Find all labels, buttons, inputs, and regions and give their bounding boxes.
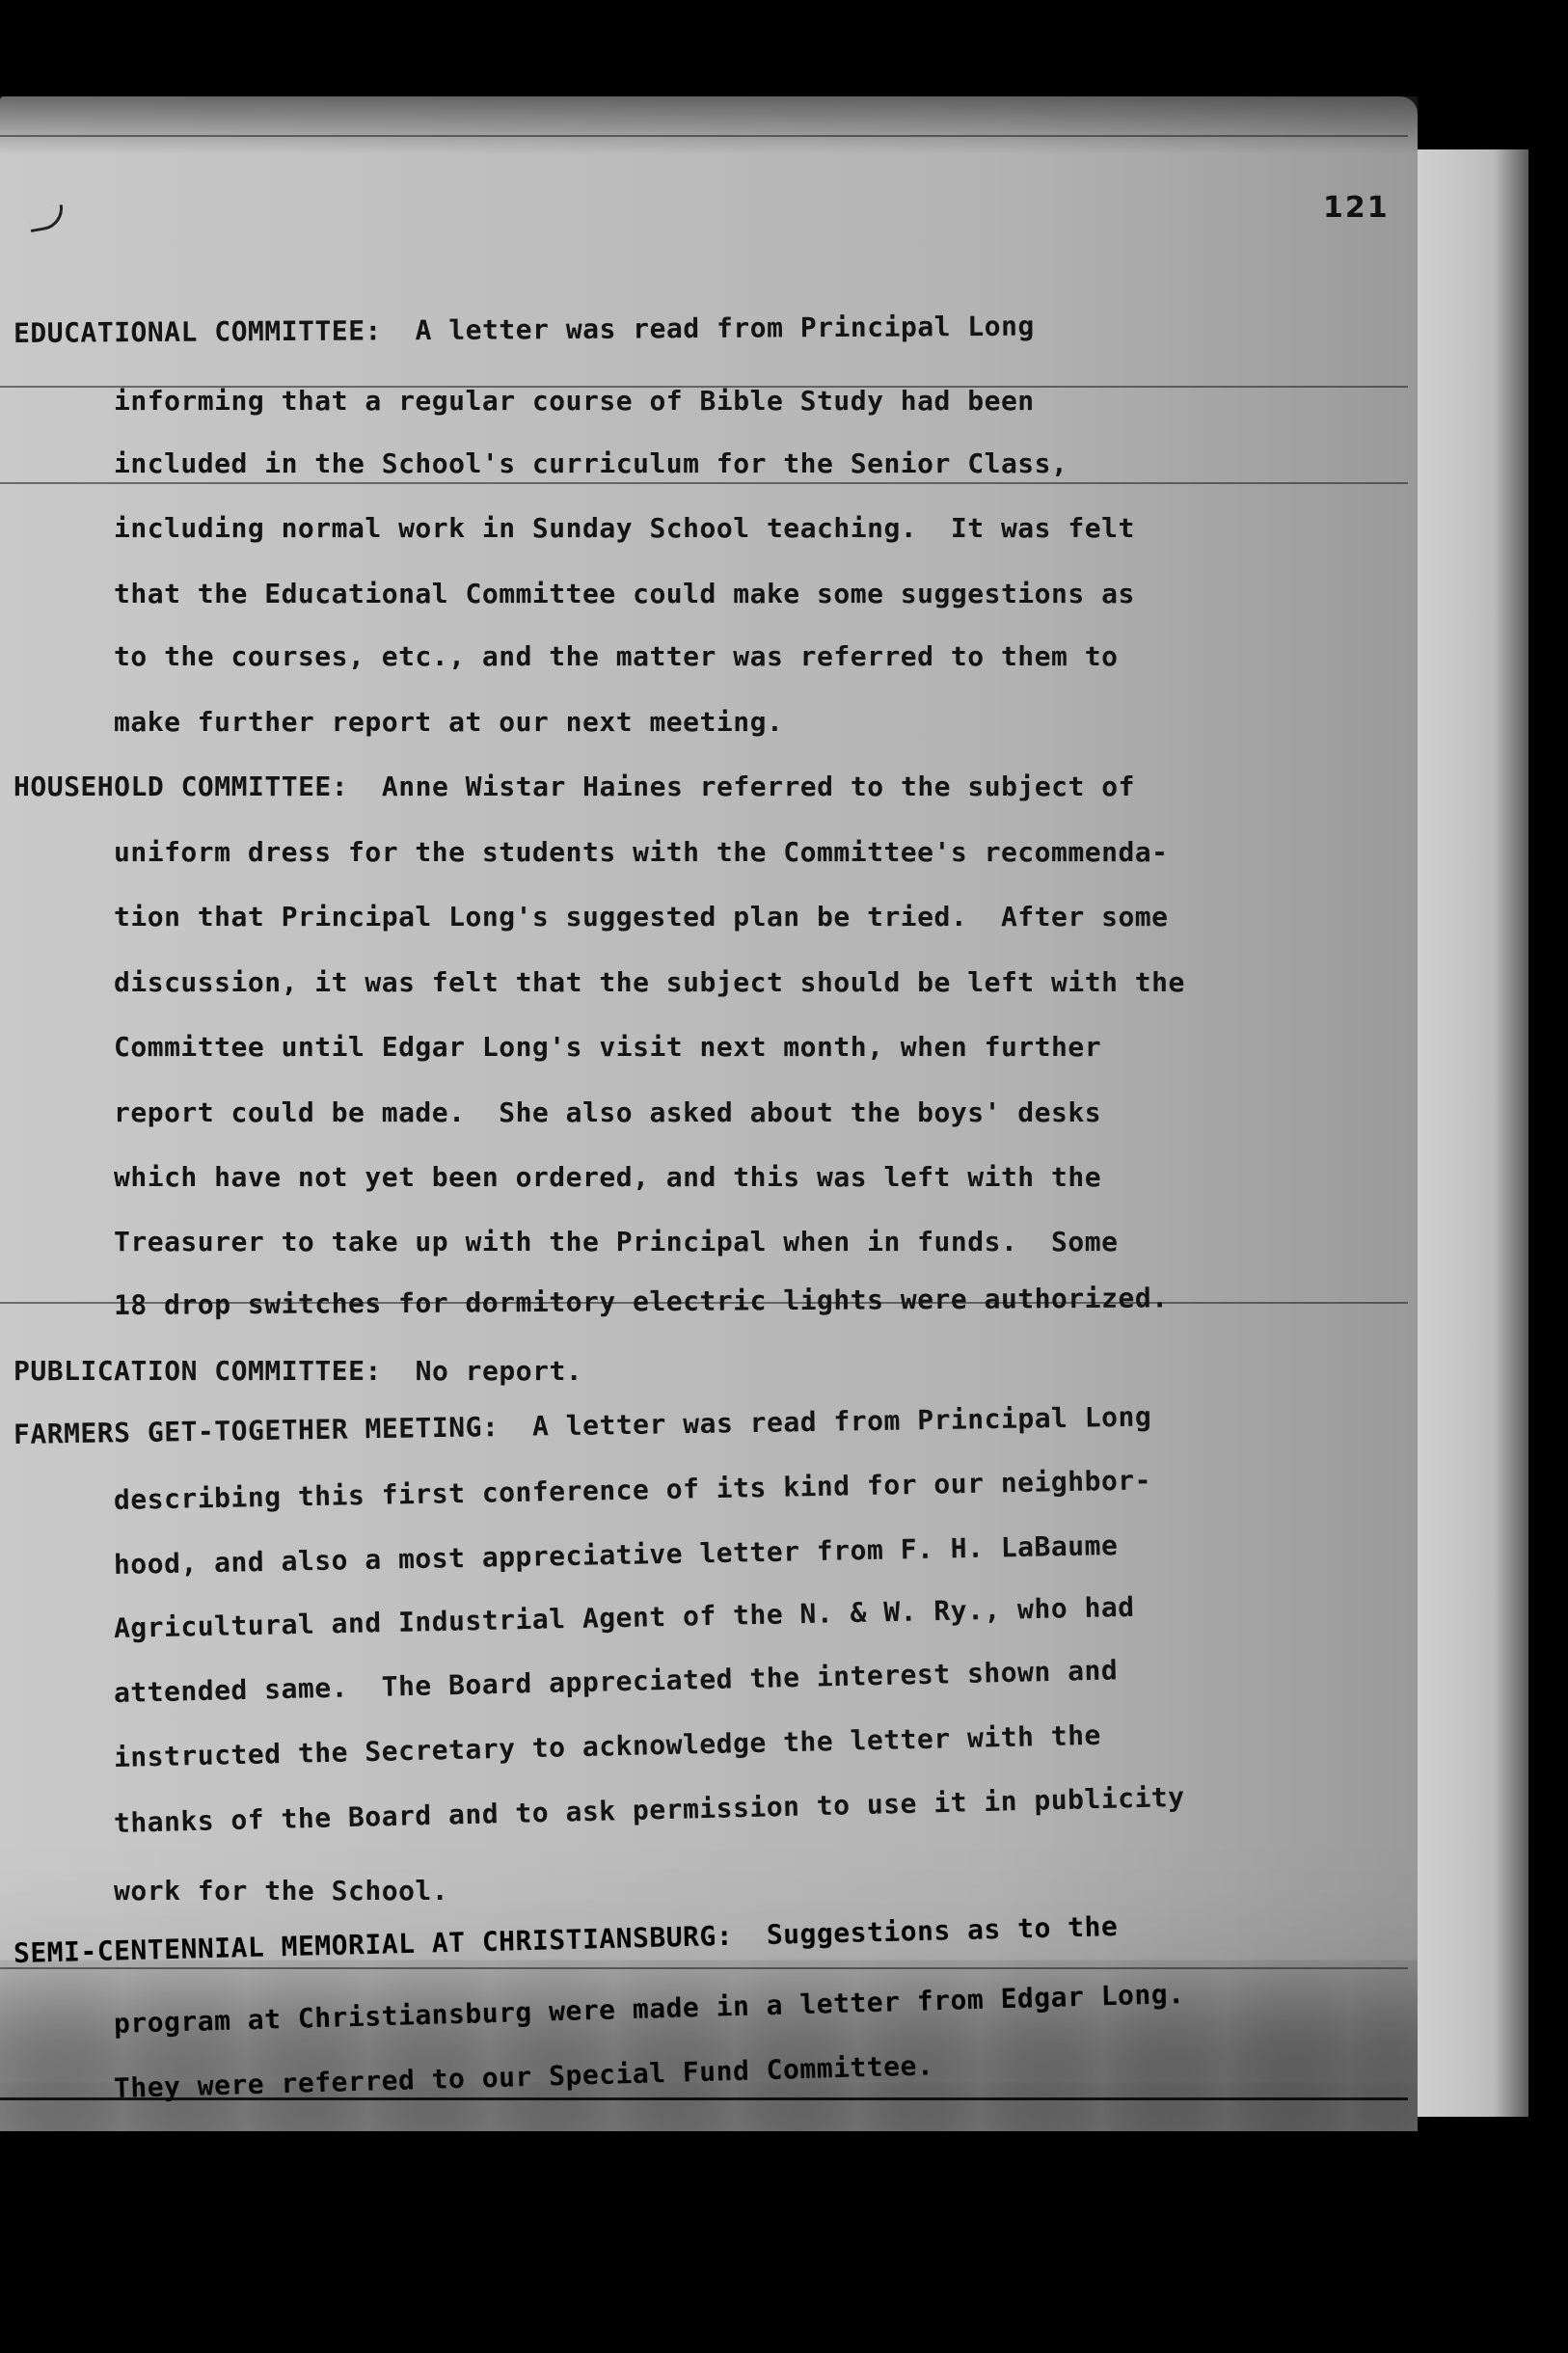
text-line: which have not yet been ordered, and thi… <box>114 1162 1101 1193</box>
text-line: discussion, it was felt that the subject… <box>114 967 1185 998</box>
ruled-line <box>0 135 1408 137</box>
ruled-line <box>0 482 1408 484</box>
text-line: report could be made. She also asked abo… <box>114 1097 1101 1128</box>
text-line: make further report at our next meeting. <box>114 707 783 738</box>
text-line: Treasurer to take up with the Principal … <box>114 1227 1118 1258</box>
ruled-line <box>0 1967 1408 1969</box>
text-line: Committee until Edgar Long's visit next … <box>114 1032 1101 1063</box>
text-line: that the Educational Committee could mak… <box>114 579 1135 609</box>
page-number: 121 <box>1323 191 1390 225</box>
underlying-sheet <box>1413 149 1528 2117</box>
text-line: uniform dress for the students with the … <box>114 837 1169 868</box>
text-line: work for the School. <box>114 1876 448 1907</box>
text-line: including normal work in Sunday School t… <box>114 513 1135 544</box>
text-line: informing that a regular course of Bible… <box>114 386 1035 417</box>
text-line: to the courses, etc., and the matter was… <box>114 641 1118 672</box>
section-heading-household: HOUSEHOLD COMMITTEE: Anne Wistar Haines … <box>14 771 1135 802</box>
text-line: tion that Principal Long's suggested pla… <box>114 902 1169 933</box>
text-line: included in the School's curriculum for … <box>114 448 1068 479</box>
section-heading-publication: PUBLICATION COMMITTEE: No report. <box>14 1356 582 1387</box>
